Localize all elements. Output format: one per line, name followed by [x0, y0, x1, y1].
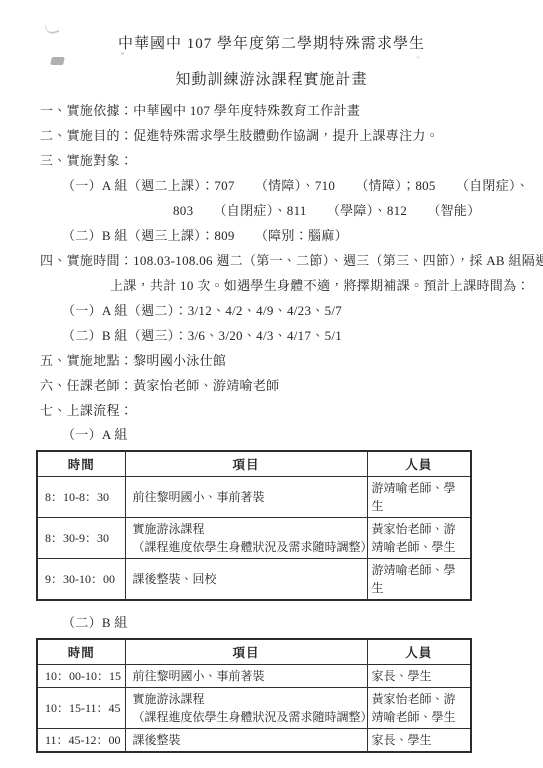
doc-line-teachers: 六、任課老師：黃家怡老師、游靖喻老師 [40, 378, 543, 394]
scan-mark [50, 57, 65, 65]
table-a-caption: （一）A 組 [62, 427, 543, 443]
cell-staff: 家長、學生 [367, 729, 471, 753]
cell-item: 實施游泳課程 （課程進度依學生身體狀況及需求隨時調整） [125, 688, 367, 729]
doc-line-group-b-dates: （二）B 組（週三）：3/6、3/20、4/3、4/17、5/1 [62, 328, 543, 344]
table-b-caption: （二）B 組 [62, 615, 543, 631]
cell-item-line1: 實施游泳課程 [133, 690, 365, 708]
doc-line-basis: 一、實施依據：中華國中 107 學年度特殊教育工作計畫 [40, 103, 543, 119]
doc-line-purpose: 二、實施目的：促進特殊需求學生肢體動作協調，提升上課專注力。 [40, 128, 543, 144]
doc-line-group-a-students: （一）A 組（週二上課）：707 （情障）、710 （情障）；805 （自閉症）… [62, 178, 543, 194]
table-row: 11：45-12：00 課後整裝 家長、學生 [37, 729, 471, 753]
table-row: 9：30-10：00 課後整裝、回校 游靖喻老師、學生 [37, 559, 471, 601]
cell-time: 8：10-8：30 [37, 477, 125, 518]
cell-time: 11：45-12：00 [37, 729, 125, 753]
cell-time: 10：15-11：45 [37, 688, 125, 729]
doc-line-group-a-students-2: 803 （自閉症）、811 （學障）、812 （智能） [173, 203, 543, 219]
column-header-time: 時間 [37, 639, 125, 665]
doc-line-schedule-2: 上課，共計 10 次。如遇學生身體不適，將擇期補課。預計上課時間為： [110, 278, 543, 294]
document-title-line1: 中華國中 107 學年度第二學期特殊需求學生 [0, 34, 543, 54]
doc-line-procedure: 七、上課流程： [40, 403, 543, 419]
doc-line-schedule: 四、實施時間：108.03-108.06 週二（第一、二節）、週三（第三、四節）… [40, 253, 543, 269]
cell-time: 10：00-10：15 [37, 665, 125, 688]
schedule-table-group-a: 時間 項目 人員 8：10-8：30 前往黎明國小、事前著裝 游靖喻老師、學生 … [36, 450, 472, 601]
doc-line-location: 五、實施地點：黎明國小泳仕館 [40, 353, 543, 369]
table-row: 10：15-11：45 實施游泳課程 （課程進度依學生身體狀況及需求隨時調整） … [37, 688, 471, 729]
column-header-item: 項目 [125, 451, 367, 477]
cell-staff: 家長、學生 [367, 665, 471, 688]
schedule-table-group-b: 時間 項目 人員 10：00-10：15 前往黎明國小、事前著裝 家長、學生 1… [36, 638, 472, 753]
cell-time: 8：30-9：30 [37, 518, 125, 559]
document-title-line2: 知動訓練游泳課程實施計畫 [0, 70, 543, 90]
cell-staff: 黃家怡老師、游靖喻老師、學生 [367, 688, 471, 729]
cell-item-line1: 實施游泳課程 [133, 520, 365, 538]
cell-item: 課後整裝 [125, 729, 367, 753]
table-header-row: 時間 項目 人員 [37, 639, 471, 665]
column-header-time: 時間 [37, 451, 125, 477]
doc-line-group-b-students: （二）B 組（週三上課）：809 （障別：腦麻） [62, 228, 543, 244]
column-header-staff: 人員 [367, 451, 471, 477]
cell-item-line2: （課程進度依學生身體狀況及需求隨時調整） [133, 708, 365, 726]
table-row: 10：00-10：15 前往黎明國小、事前著裝 家長、學生 [37, 665, 471, 688]
cell-item-line2: （課程進度依學生身體狀況及需求隨時調整） [133, 538, 365, 556]
doc-line-participants: 三、實施對象： [40, 153, 543, 169]
cell-staff: 黃家怡老師、游靖喻老師、學生 [367, 518, 471, 559]
table-header-row: 時間 項目 人員 [37, 451, 471, 477]
document-page: 中華國中 107 學年度第二學期特殊需求學生 知動訓練游泳課程實施計畫 一、實施… [0, 0, 543, 768]
scan-mark [416, 56, 420, 59]
table-row: 8：10-8：30 前往黎明國小、事前著裝 游靖喻老師、學生 [37, 477, 471, 518]
table-row: 8：30-9：30 實施游泳課程 （課程進度依學生身體狀況及需求隨時調整） 黃家… [37, 518, 471, 559]
cell-time: 9：30-10：00 [37, 559, 125, 601]
column-header-item: 項目 [125, 639, 367, 665]
cell-staff: 游靖喻老師、學生 [367, 477, 471, 518]
doc-line-group-a-dates: （一）A 組（週二）：3/12、4/2、4/9、4/23、5/7 [62, 303, 543, 319]
cell-item: 課後整裝、回校 [125, 559, 367, 601]
cell-staff: 游靖喻老師、學生 [367, 559, 471, 601]
cell-item: 前往黎明國小、事前著裝 [125, 477, 367, 518]
cell-item: 實施游泳課程 （課程進度依學生身體狀況及需求隨時調整） [125, 518, 367, 559]
cell-item: 前往黎明國小、事前著裝 [125, 665, 367, 688]
column-header-staff: 人員 [367, 639, 471, 665]
